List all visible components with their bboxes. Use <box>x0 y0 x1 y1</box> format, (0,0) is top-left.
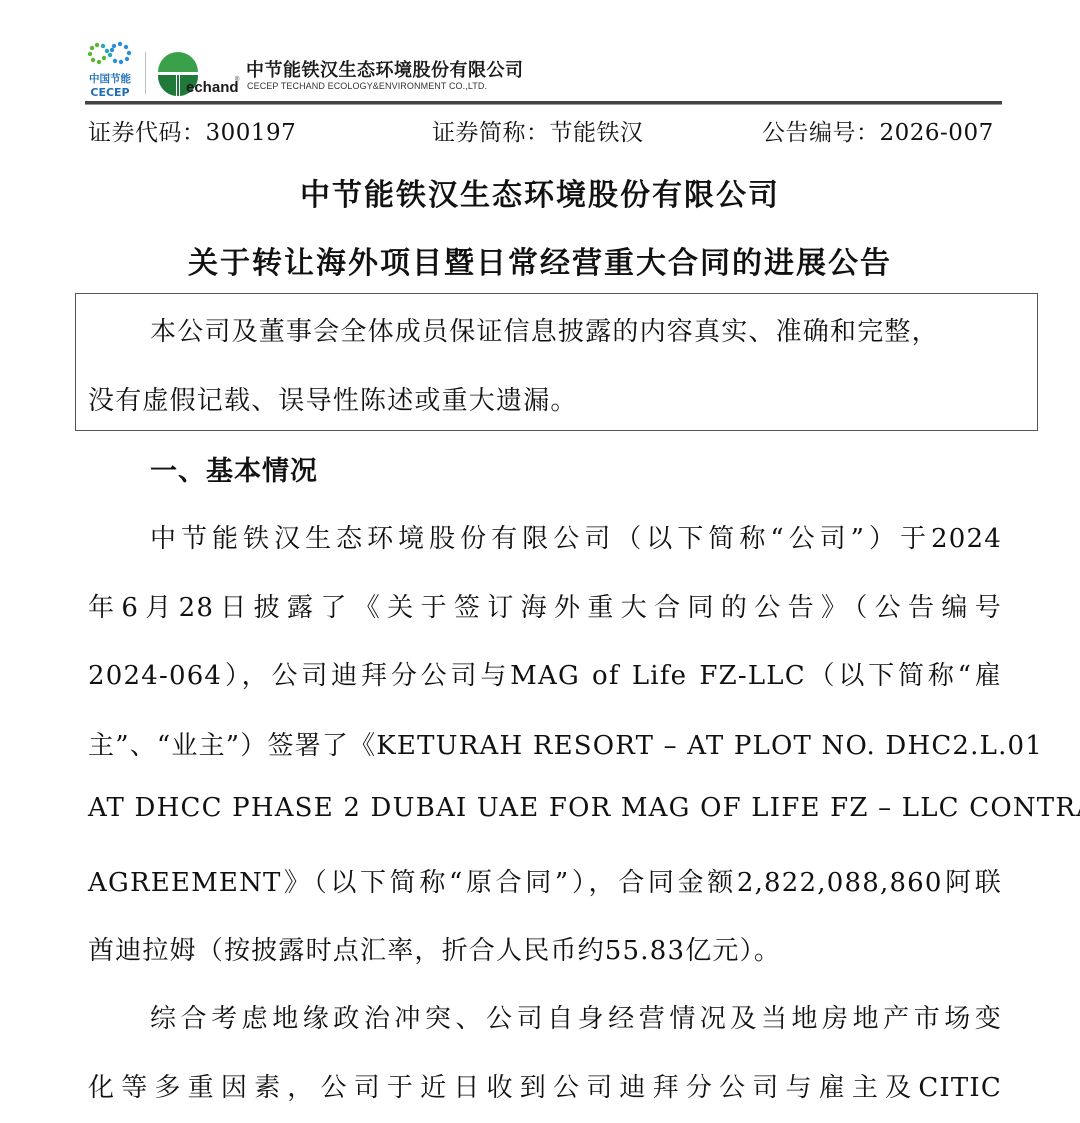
company-name-cn: 中节能铁汉生态环境股份有限公司 <box>246 56 524 82</box>
logo-divider <box>145 52 146 94</box>
paragraph-line: 酋迪拉姆（按披露时点汇率，折合人民币约55.83亿元）。 <box>88 930 781 967</box>
techand-logo: echand ® <box>156 50 240 98</box>
paragraph-line: 化等多重因素，公司于近日收到公司迪拜分公司与雇主及CITIC <box>88 1067 1002 1104</box>
security-code: 证券代码：300197 <box>88 114 296 147</box>
cecep-rings-icon: 中国节能 CECEP <box>86 40 134 102</box>
paragraph-line: 综合考虑地缘政治冲突、公司自身经营情况及当地房地产市场变 <box>150 998 1002 1035</box>
paragraph-line: 年6月28日披露了《关于签订海外重大合同的公告》（公告编号 <box>88 587 1002 624</box>
svg-text:echand: echand <box>186 79 239 96</box>
declaration-line: 本公司及董事会全体成员保证信息披露的内容真实、准确和完整， <box>150 311 939 348</box>
paragraph-line: 中节能铁汉生态环境股份有限公司（以下简称“公司”）于2024 <box>150 518 1002 555</box>
svg-text:CECEP: CECEP <box>90 86 129 99</box>
paragraph-line: 主”、“业主”）签署了《KETURAH RESORT – AT PLOT NO.… <box>88 725 1002 762</box>
section-heading: 一、基本情况 <box>150 449 318 488</box>
paragraph-line: AT DHCC PHASE 2 DUBAI UAE FOR MAG OF LIF… <box>88 793 1002 823</box>
svg-text:®: ® <box>235 76 240 83</box>
techand-circle-icon: echand ® <box>156 50 240 98</box>
declaration-line: 没有虚假记载、误导性陈述或重大遗漏。 <box>88 380 578 417</box>
document-title-company: 中节能铁汉生态环境股份有限公司 <box>0 170 1080 214</box>
paragraph-line: AGREEMENT》（以下简称“原合同”），合同金额2,822,088,860阿… <box>88 862 1002 899</box>
header-divider <box>85 101 1002 105</box>
announcement-number: 公告编号：2026-007 <box>762 114 994 147</box>
company-name-en: CECEP TECHAND ECOLOGY&ENVIRONMENT CO.,LT… <box>247 81 487 91</box>
paragraph-line: 2024-064），公司迪拜分公司与MAG of Life FZ-LLC（以下简… <box>88 655 1002 692</box>
cecep-logo: 中国节能 CECEP <box>86 40 134 102</box>
document-title: 关于转让海外项目暨日常经营重大合同的进展公告 <box>0 238 1080 282</box>
svg-text:中国节能: 中国节能 <box>89 72 131 85</box>
security-abbreviation: 证券简称：节能铁汉 <box>432 114 644 147</box>
